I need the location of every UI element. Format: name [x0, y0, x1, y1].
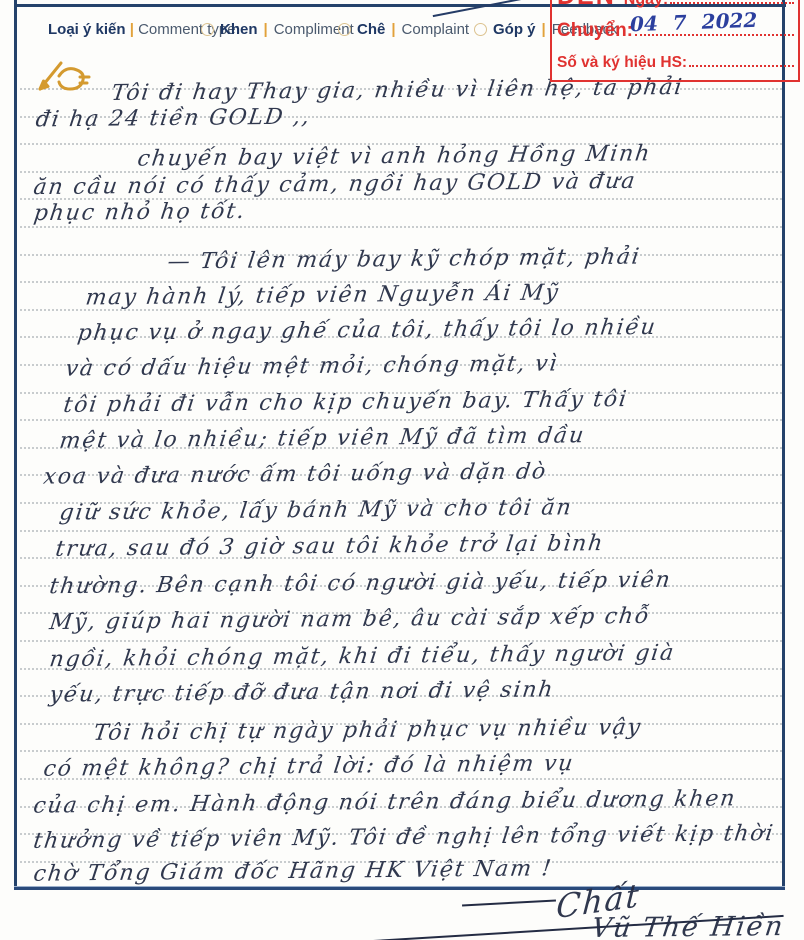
handwriting-line: chờ Tổng Giám đốc Hãng HK Việt Nam ! — [32, 856, 554, 886]
signature-dash — [462, 900, 556, 907]
handwriting-line: xoa và đưa nước ấm tôi uống và dặn dò — [42, 459, 549, 489]
handwriting-line: may hành lý, tiếp viên Nguyễn Ái Mỹ — [84, 281, 561, 311]
pipe-separator: | — [391, 21, 395, 38]
ruled-line — [20, 419, 782, 421]
writing-hand-icon — [33, 56, 93, 96]
radio-feedback-icon[interactable] — [474, 23, 487, 36]
comment-type-label-vi: Loại ý kiến — [48, 21, 126, 38]
pipe-separator: | — [264, 21, 268, 38]
stamp-den-label: ĐẾN — [557, 0, 616, 9]
pipe-separator: | — [542, 21, 546, 38]
radio-compliment-icon[interactable] — [201, 23, 214, 36]
form-bottom-border — [14, 886, 785, 890]
handwriting-line: yếu, trực tiếp đỡ đưa tận nơi đi vệ sinh — [48, 677, 556, 707]
option-compliment[interactable]: Khen | Compliment — [201, 21, 354, 38]
dotted-leader — [689, 53, 794, 67]
ruled-line — [20, 226, 782, 228]
scanned-comment-form: Loại ý kiến | Comment type: Khen | Compl… — [0, 0, 804, 940]
handwritten-chuyen-date: 04 7 2022 — [630, 8, 758, 36]
option-feedback-vi: Góp ý — [493, 21, 536, 38]
option-compliment-vi: Khen — [220, 21, 258, 38]
form-left-border — [14, 0, 17, 886]
pen-flourish-mark — [433, 0, 528, 17]
stamp-row-so: Số và ký hiệu HS: — [557, 53, 794, 72]
option-complaint-en: Complaint — [402, 21, 470, 38]
ruled-line — [20, 530, 782, 532]
stamp-chuyen-label: Chuyển: — [557, 20, 633, 42]
handwriting-line: và có dấu hiệu mệt mỏi, chóng mặt, vì — [64, 351, 560, 381]
option-complaint-vi: Chê — [357, 21, 385, 38]
handwriting-line: đi hạ 24 tiền GOLD ,, — [34, 105, 312, 133]
arrival-stamp-box: ĐẾN Ngày: Chuyển: Số và ký hiệu HS: 04.3… — [550, 0, 800, 82]
radio-complaint-icon[interactable] — [338, 23, 351, 36]
handwriting-line: phục nhỏ họ tốt. — [32, 199, 247, 226]
pipe-separator: | — [130, 21, 134, 38]
handwriting-line: — Tôi lên máy bay kỹ chóp mặt, phải — [166, 245, 642, 275]
dotted-leader — [670, 0, 794, 4]
stamp-row-den: ĐẾN Ngày: — [557, 0, 794, 9]
stamp-ngay-label: Ngày: — [624, 0, 668, 9]
stamp-so-label: Số và ký hiệu HS: — [557, 54, 687, 72]
option-complaint[interactable]: Chê | Complaint — [338, 21, 469, 38]
form-right-border — [782, 0, 785, 886]
